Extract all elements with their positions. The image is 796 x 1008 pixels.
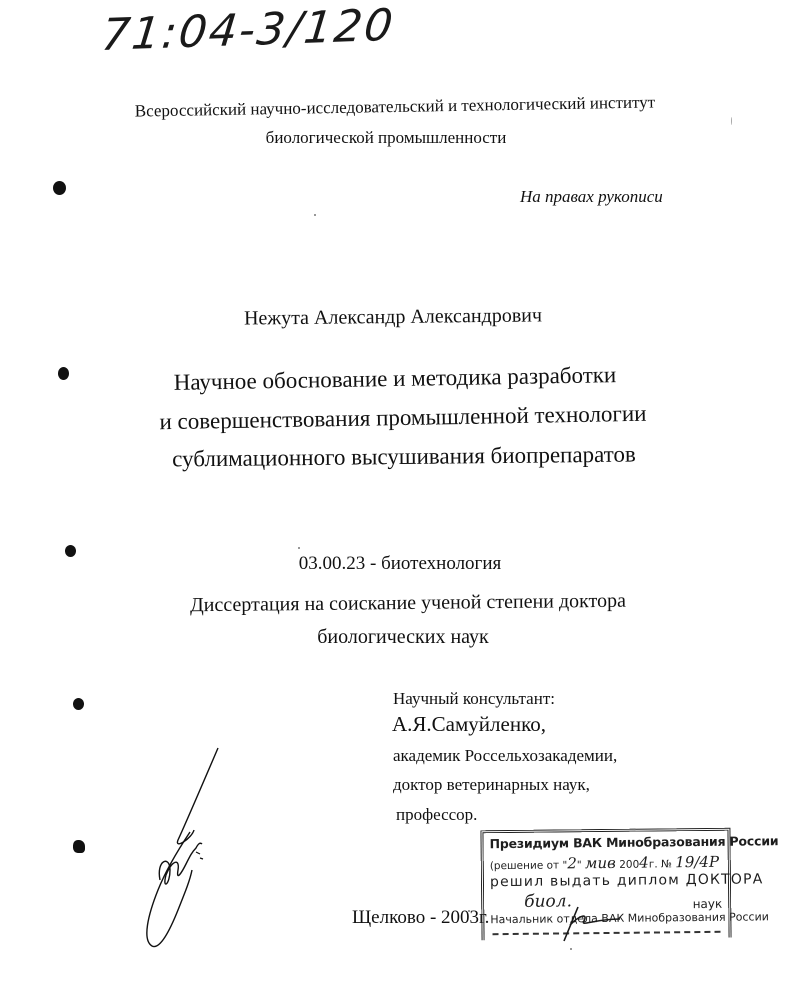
author-signature-icon [130,740,250,960]
stamp-decision-month: мив [585,854,616,872]
punch-hole-2 [58,367,69,380]
consultant-label: Научный консультант: [393,689,555,709]
punch-hole-3 [65,545,76,557]
stamp-line-2: (решение от "2" мив 2004г. № 19/4Р [490,853,719,873]
scan-speck [570,948,572,950]
consultant-title-3: профессор. [396,805,477,825]
specialty-code: 03.00.23 - биотехнология [0,553,796,575]
stamp-decision-day: 2 [567,854,577,872]
punch-hole-4 [73,698,84,710]
scan-speck [298,547,300,549]
institution-name-line-1: Всероссийский научно-исследовательский и… [0,90,790,124]
consultant-name: А.Я.Самуйленко, [392,712,546,737]
stamp-decision-year-prefix: 200 [619,859,639,871]
institution-name-line-2: биологической промышленности [0,128,772,148]
archive-number-handwritten: 71:04-3/120 [99,4,396,58]
punch-hole-1 [53,181,66,195]
author-name: Нежута Александр Александрович [0,302,786,333]
stamp-decision-year: 4 [639,854,649,872]
scan-speck [731,117,732,125]
stamp-decision-sep: " [577,859,582,871]
punch-hole-5 [73,840,85,853]
stamp-signature-icon [560,905,640,945]
stamp-line-1: Президиум ВАК Минобразования России [489,833,778,851]
rights-note: На правах рукописи [520,187,663,207]
degree-line-2: биологических наук [0,626,796,649]
stamp-line-5: наук [693,897,723,911]
stamp-line-3: решил выдать диплом ДОКТОРА [490,871,764,890]
title-line-1: Научное обоснование и методика разработк… [0,359,790,399]
consultant-title-2: доктор ветеринарных наук, [393,775,590,795]
consultant-title-1: академик Россельхозакадемии, [393,746,617,766]
stamp-decision-num-prefix: г. № [649,858,672,870]
title-line-2: и совершенствования промышленной техноло… [0,398,796,438]
stamp-decision-number: 19/4Р [675,853,719,871]
degree-line-1: Диссертация на соискание ученой степени … [0,588,796,620]
stamp-decision-prefix: (решение от " [490,859,568,872]
scan-speck [468,910,470,912]
title-line-3: сублимационного высушивания биопрепарато… [0,440,796,474]
scan-speck [314,214,316,216]
